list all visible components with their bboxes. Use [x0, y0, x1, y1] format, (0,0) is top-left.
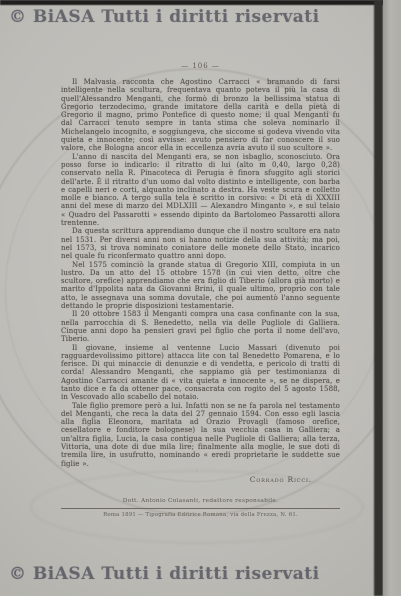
- imprint-footer: Dott. Antonio Colasanti, redattore respo…: [61, 498, 340, 518]
- paragraph: Il Malvasia racconta che Agostino Carrac…: [61, 78, 340, 153]
- paragraph: Da questa scrittura apprendiamo dunque c…: [61, 227, 340, 260]
- paragraph: Il giovane, insieme al ventenne Lucio Ma…: [61, 344, 340, 402]
- responsible-editor-line: Dott. Antonio Colasanti, redattore respo…: [61, 498, 340, 504]
- book-gutter-shadow: [374, 0, 383, 596]
- paragraph: Nel 1575 cominciò la grande statua di Gr…: [61, 261, 340, 311]
- paragraph: Il 20 ottobre 1583 il Menganti compra un…: [61, 310, 340, 343]
- scan-top-edge: [0, 0, 401, 5]
- page-number: — 106 —: [61, 62, 340, 70]
- paragraph: L'anno di nascita del Menganti era, se n…: [61, 153, 340, 228]
- page-content: — 106 — Il Malvasia racconta che Agostin…: [61, 62, 340, 537]
- scanned-page: © BiASA Tutti i diritti riservati — 106 …: [0, 0, 401, 596]
- adjacent-page-edge: [383, 0, 401, 596]
- copyright-watermark-bottom: © BiASA Tutti i diritti riservati: [9, 564, 320, 584]
- printer-imprint-line: Roma 1891 — Tipografia Editrice Romana, …: [61, 512, 340, 518]
- article-body: Il Malvasia racconta che Agostino Carrac…: [61, 78, 340, 468]
- copyright-watermark-top: © BiASA Tutti i diritti riservati: [9, 7, 320, 27]
- paragraph: Tale figlio premore però a lui. Infatti …: [61, 402, 340, 468]
- footer-divider: [61, 508, 340, 509]
- author-signature: Corrado Ricci.: [61, 475, 312, 484]
